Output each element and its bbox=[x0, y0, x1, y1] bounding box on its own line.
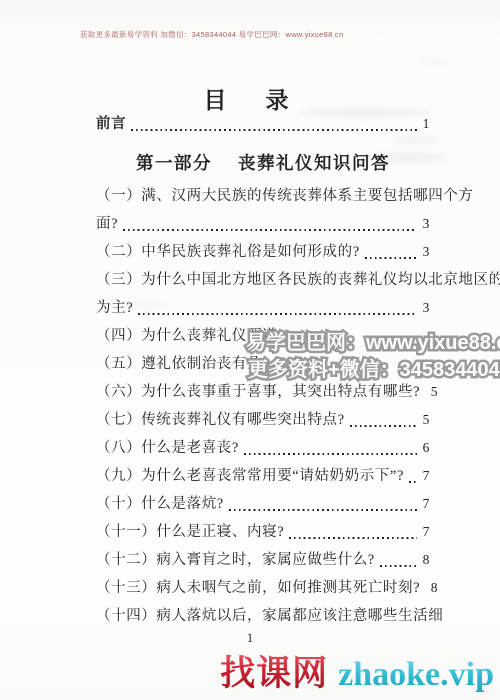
dot-leader bbox=[289, 537, 417, 539]
toc-entry-line: （八）什么是老喜丧?6 bbox=[96, 436, 430, 464]
toc-entry-text: （三）为什么中国北方地区各民族的丧葬礼仪均以北京地区的 bbox=[96, 268, 500, 289]
toc-entry-line: （九）为什么老喜丧常常用要“请姑奶奶示下”?7 bbox=[96, 464, 430, 492]
watermark-line-2: 更多资料+微信：3458344044 更多资料+微信：3458344044 bbox=[248, 357, 500, 383]
watermark-text: 更多资料+微信：3458344044 bbox=[248, 359, 500, 381]
page-title: 目 录 bbox=[0, 82, 500, 115]
dot-leader bbox=[131, 129, 417, 131]
toc-entry-page: 3 bbox=[420, 300, 430, 316]
toc-entry-text: 面? bbox=[96, 212, 118, 233]
toc-entry-page: 7 bbox=[420, 524, 430, 540]
toc-entry-text: （十二）病入膏肓之时，家属应做些什么? bbox=[96, 548, 375, 569]
toc-entry-line: （十）什么是落炕?7 bbox=[96, 492, 430, 520]
toc-entry-line: （十三）病人未咽气之前，如何推测其死亡时刻?8 bbox=[96, 576, 430, 604]
toc-entry-text: （六）为什么丧事重于喜事，其突出特点有哪些? bbox=[96, 380, 420, 401]
toc-entry-line: （七）传统丧葬礼仪有哪些突出特点?5 bbox=[96, 408, 430, 436]
toc-entry-text: （二）中华民族丧葬礼俗是如何形成的? bbox=[96, 240, 360, 261]
toc-entry-page: 3 bbox=[420, 244, 430, 260]
toc-entry-text: （七）传统丧葬礼仪有哪些突出特点? bbox=[96, 408, 345, 429]
dot-leader bbox=[380, 565, 417, 567]
watermark-text: 易学巴巴网：www.yixue88.cn bbox=[246, 332, 500, 354]
toc-entry-page: 7 bbox=[420, 496, 430, 512]
toc-section-heading: 第一部分 丧葬礼仪知识问答 bbox=[96, 140, 430, 184]
toc-entry-line: （三）为什么中国北方地区各民族的丧葬礼仪均以北京地区的 bbox=[96, 268, 430, 296]
toc-entry-page: 5 bbox=[428, 384, 438, 400]
toc-entry-text: （十四）病人落炕以后，家属都应该注意哪些生活细 bbox=[96, 604, 443, 625]
dot-leader bbox=[123, 229, 417, 231]
site-logo: 找课网 zhaoke.vip bbox=[220, 646, 494, 696]
toc-entry-text: （十一）什么是正寝、内寝? bbox=[96, 520, 284, 541]
toc-entry-text: （十三）病人未咽气之前，如何推测其死亡时刻? bbox=[96, 576, 420, 597]
dot-leader bbox=[350, 425, 417, 427]
section-title-label: 丧葬礼仪知识问答 bbox=[238, 150, 390, 175]
page-number: 1 bbox=[0, 630, 500, 646]
toc-entry-text: （五）遵礼依制治丧有几 bbox=[96, 352, 262, 373]
toc-entry-text: （八）什么是老喜丧? bbox=[96, 436, 239, 457]
toc-entry-page: 8 bbox=[420, 552, 430, 568]
dot-leader bbox=[244, 453, 417, 455]
site-logo-domain: zhaoke.vip bbox=[338, 656, 494, 694]
toc-entry-line: 面?3 bbox=[96, 212, 430, 240]
dot-leader bbox=[365, 257, 417, 259]
toc-preface-page: 1 bbox=[420, 116, 430, 132]
toc-preface-label: 前言 bbox=[96, 112, 126, 133]
header-promo-text: 获取更多最新易学资料 加微信：3458344044 易学巴巴网：www.yixu… bbox=[80, 29, 343, 40]
dot-leader bbox=[229, 509, 417, 511]
toc-entry-line: （十一）什么是正寝、内寝?7 bbox=[96, 520, 430, 548]
toc-entry-page: 3 bbox=[420, 216, 430, 232]
toc-entry-line: （六）为什么丧事重于喜事，其突出特点有哪些?5 bbox=[96, 380, 430, 408]
toc-entry-text: （一）满、汉两大民族的传统丧葬体系主要包括哪四个方 bbox=[96, 184, 474, 205]
toc-entry-line: （一）满、汉两大民族的传统丧葬体系主要包括哪四个方 bbox=[96, 184, 430, 212]
toc-entry-text: 为主? bbox=[96, 296, 133, 317]
toc-entry-text: （九）为什么老喜丧常常用要“请姑奶奶示下”? bbox=[96, 464, 404, 485]
site-logo-cn: 找课网 bbox=[220, 646, 328, 696]
toc-entry-line: 为主?3 bbox=[96, 296, 430, 324]
toc-entry-page: 6 bbox=[420, 440, 430, 456]
dot-leader bbox=[138, 313, 417, 315]
document-page: 获取更多最新易学资料 加微信：3458344044 易学巴巴网：www.yixu… bbox=[0, 0, 500, 700]
toc-entry-page: 5 bbox=[420, 412, 430, 428]
toc-entry-line: （二）中华民族丧葬礼俗是如何形成的?3 bbox=[96, 240, 430, 268]
toc-entry-page: 7 bbox=[420, 468, 430, 484]
toc-entry-line: （十四）病人落炕以后，家属都应该注意哪些生活细 bbox=[96, 604, 430, 632]
watermark-line-1: 易学巴巴网：www.yixue88.cn 易学巴巴网：www.yixue88.c… bbox=[246, 330, 500, 356]
scan-smudge bbox=[420, 58, 450, 64]
toc-entry-line: （十二）病入膏肓之时，家属应做些什么?8 bbox=[96, 548, 430, 576]
toc-entries: （一）满、汉两大民族的传统丧葬体系主要包括哪四个方面?3（二）中华民族丧葬礼俗是… bbox=[96, 184, 430, 632]
toc-entry-page: 8 bbox=[428, 580, 438, 596]
section-part-label: 第一部分 bbox=[136, 150, 212, 175]
toc-preface-row: 前言 1 bbox=[96, 112, 430, 140]
dot-leader bbox=[409, 481, 417, 483]
toc-entry-text: （十）什么是落炕? bbox=[96, 492, 224, 513]
